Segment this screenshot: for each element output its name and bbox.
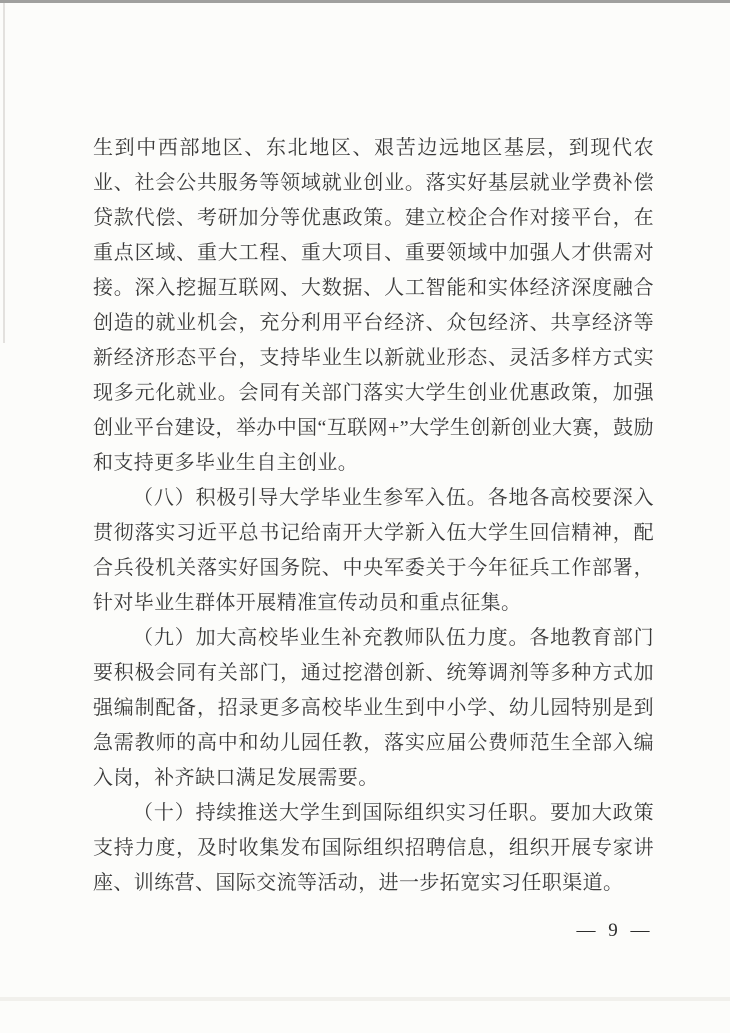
document-text-block: 生到中西部地区、东北地区、艰苦边远地区基层，到现代农业、社会公共服务等领域就业创… — [93, 131, 654, 901]
paragraph-item-9: （九）加大高校毕业生补充教师队伍力度。各地教育部门要积极会同有关部门，通过挖潜创… — [93, 621, 654, 796]
scan-left-edge-artifact — [3, 3, 5, 343]
paragraph-item-10: （十）持续推送大学生到国际组织实习任职。要加大政策支持力度，及时收集发布国际组织… — [93, 796, 654, 901]
scanned-page: 生到中西部地区、东北地区、艰苦边远地区基层，到现代农业、社会公共服务等领域就业创… — [0, 0, 730, 1033]
page-number: — 9 — — [570, 920, 660, 942]
scan-top-edge-artifact — [0, 0, 730, 3]
paragraph-continuation: 生到中西部地区、东北地区、艰苦边远地区基层，到现代农业、社会公共服务等领域就业创… — [93, 131, 654, 481]
scan-bottom-artifact — [0, 997, 730, 1001]
paragraph-item-8: （八）积极引导大学毕业生参军入伍。各地各高校要深入贯彻落实习近平总书记给南开大学… — [93, 481, 654, 621]
